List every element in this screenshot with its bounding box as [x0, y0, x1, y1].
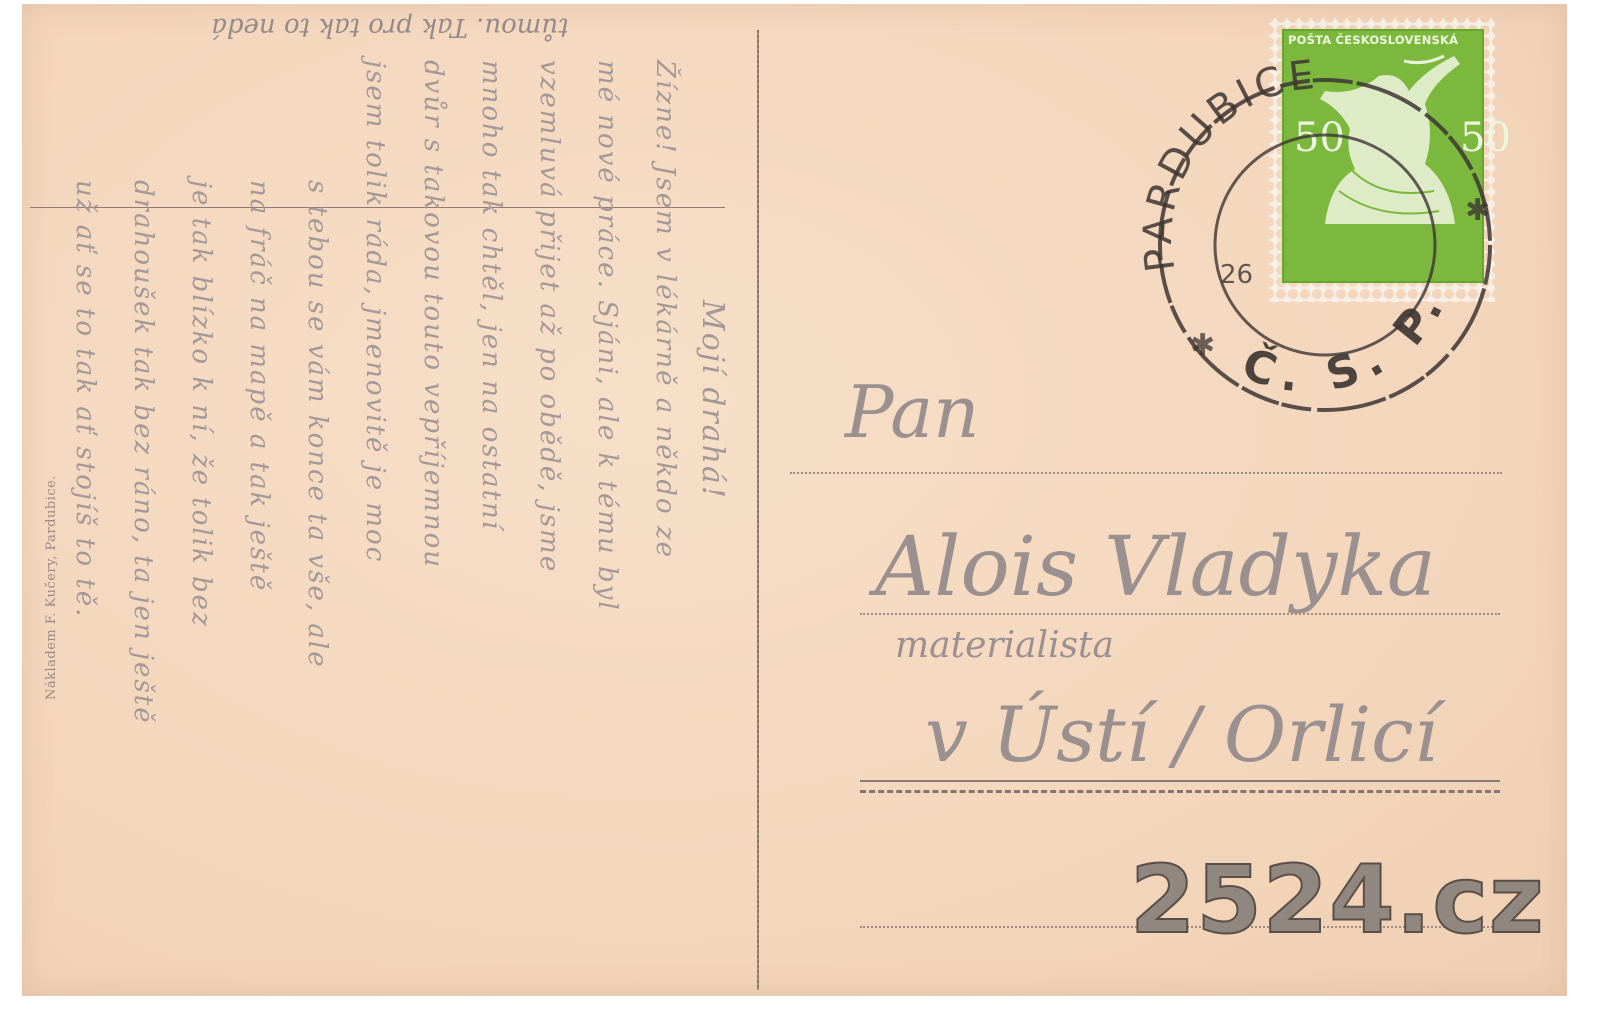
address-line-3-underline [860, 790, 1500, 793]
message-line: na fráč na mapě a tak ještě [244, 180, 274, 592]
postmark-star-icon: ✱ [1190, 328, 1215, 363]
center-divider-line [757, 30, 759, 990]
publisher-imprint: Nákladem F. Kučery, Pardubice. [44, 475, 59, 700]
message-line: drahoušek tak bez ráno, ta jen ještě [128, 180, 158, 725]
postmark-town: PARDUBICE [1135, 52, 1320, 275]
message-greeting: Mojí drahá! [695, 300, 730, 500]
watermark: 2524.cz [1130, 846, 1545, 955]
postmark-date: 26 [1220, 260, 1253, 290]
svg-text:PARDUBICE: PARDUBICE [1135, 52, 1320, 275]
address-line-1 [790, 472, 1502, 474]
message-line: už ať se to tak ať stojíš to tě. [70, 180, 100, 618]
message-top-edge: tůmou. Tak pro tak to nedá [30, 12, 750, 42]
address-place: v Ústí / Orlicí [925, 690, 1438, 779]
postmark-star-icon-2: ✱ [1465, 193, 1490, 228]
message-line: jsem tolik ráda, jmenovitě je moc [360, 60, 390, 563]
address-name: Alois Vladyka [875, 520, 1436, 615]
message-line: s tebou se vám konce ta vše, ale [302, 180, 332, 669]
message-line: vzemluvá přijet až po obědě, jsme [534, 60, 564, 573]
postmark-cancellation: PARDUBICE Č. S. P. 26 ✱ ✱ [1120, 40, 1500, 420]
message-line: Žízne! Jsem v lékárně a někdo ze [650, 60, 680, 559]
message-line: mnoho tak chtěl, jen na ostatní [476, 60, 506, 531]
address-salutation: Pan [845, 370, 980, 454]
address-occupation: materialista [895, 625, 1114, 666]
message-line: dvůr s takovou touto vepříjemnou [418, 60, 448, 569]
message-line: je tak blízko k ní, že tolik bez [186, 180, 216, 628]
address-line-3 [860, 780, 1500, 782]
message-line: mé nové práce. Sjáni, ale k tému byl [592, 60, 622, 612]
